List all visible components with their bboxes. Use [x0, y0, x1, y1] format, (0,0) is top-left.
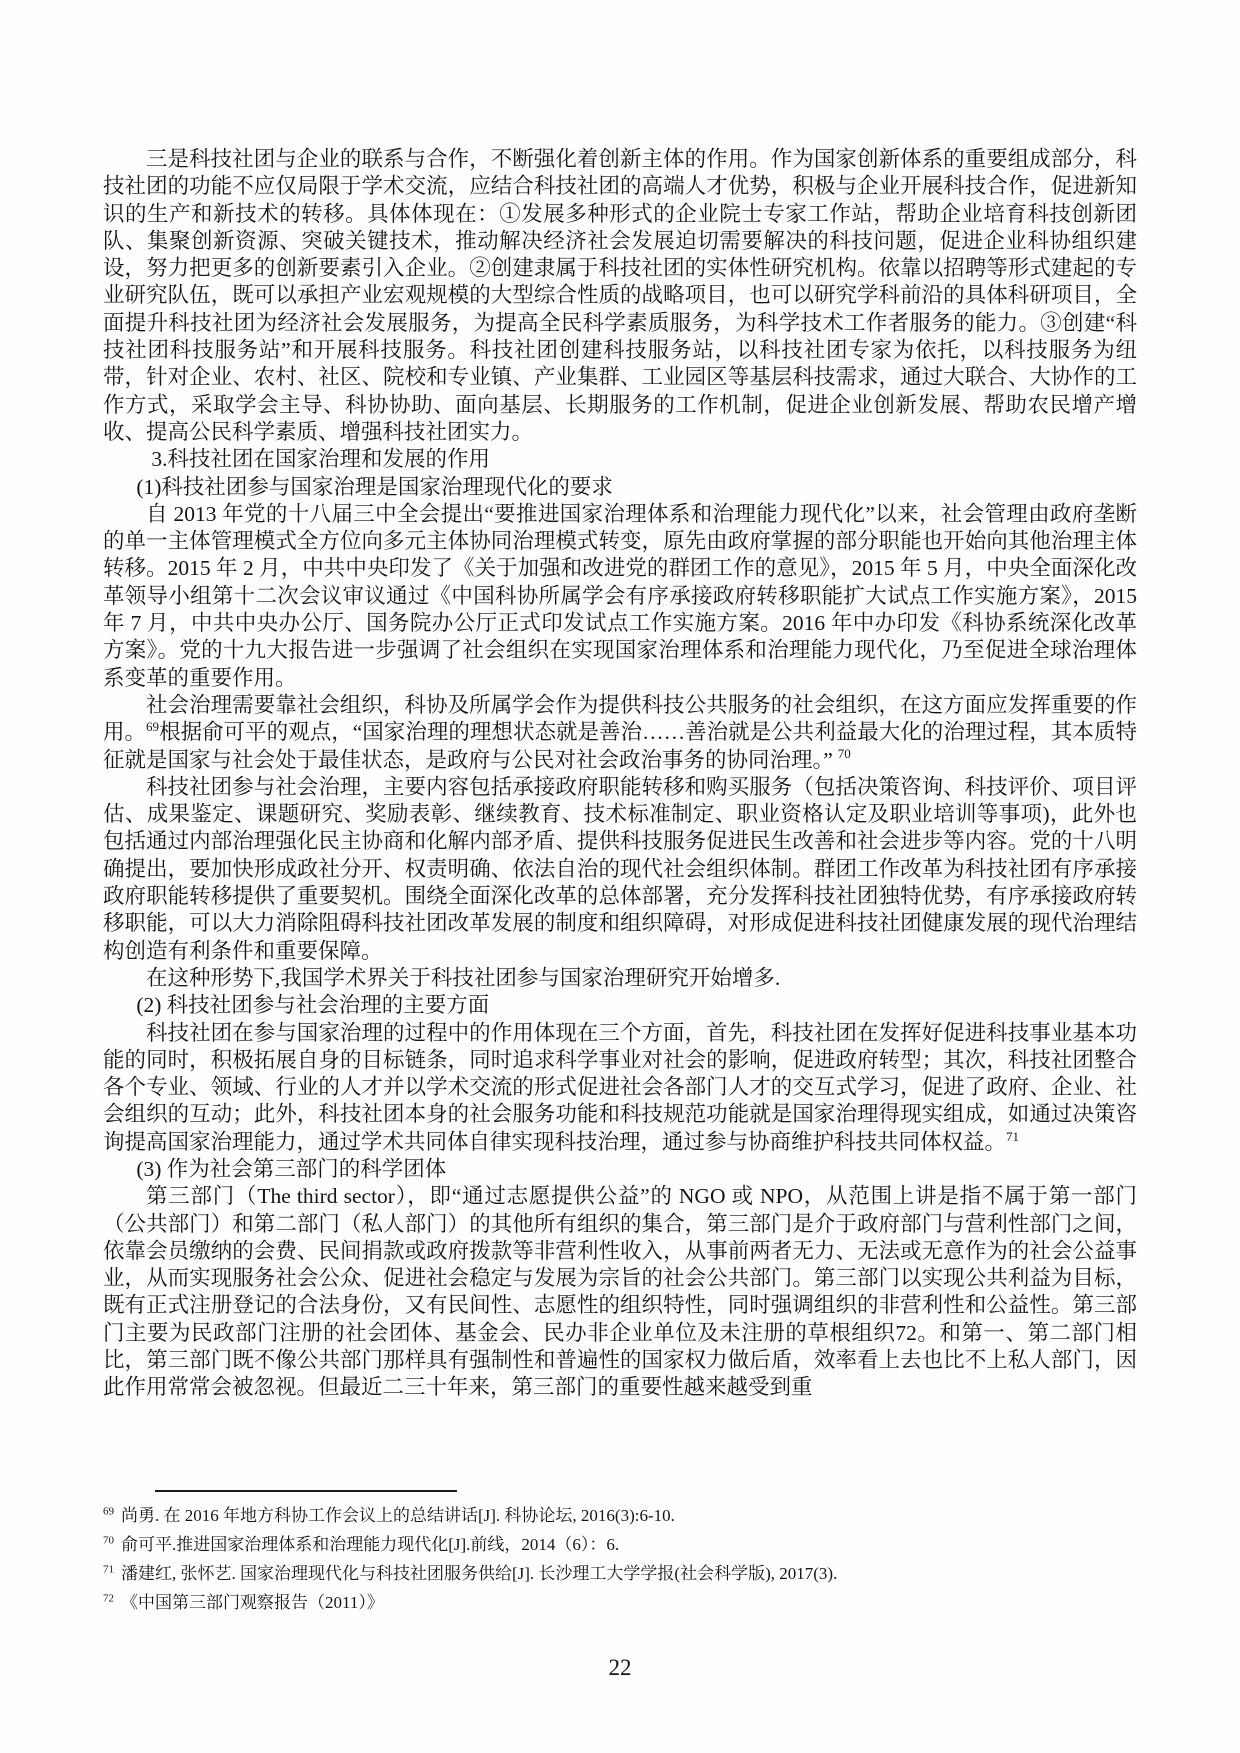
footnote-text: 潘建红, 张怀艺. 国家治理现代化与科技社团服务供给[J]. 长沙理工大学学报(…	[121, 1564, 837, 1583]
paragraph-text: 在这种形势下,我国学术界关于科技社团参与国家治理研究开始增多.	[146, 966, 780, 990]
paragraph-enterprise-cooperation: 三是科技社团与企业的联系与合作，不断强化着创新主体的作用。作为国家创新体系的重要…	[103, 146, 1137, 446]
footnote-text: 俞可平.推进国家治理体系和治理能力现代化[J].前线，2014（6）：6.	[121, 1535, 619, 1554]
footnote-text: 《中国第三部门观察报告（2011）》	[121, 1593, 384, 1612]
footnote-number: 71	[103, 1563, 114, 1575]
paragraph-text: 自 2013 年党的十八届三中全会提出“要推进国家治理体系和治理能力现代化”以来…	[103, 502, 1137, 690]
paragraph-text: 三是科技社团与企业的联系与合作，不断强化着创新主体的作用。作为国家创新体系的重要…	[103, 147, 1137, 444]
footnote-ref-71: 71	[1006, 1129, 1019, 1144]
footnote-number: 70	[103, 1534, 114, 1546]
subsection-heading-1: (1)科技社团参与国家治理是国家治理现代化的要求	[103, 474, 1137, 501]
footnote-ref-70: 70	[838, 746, 851, 761]
footnote-text: 尚勇. 在 2016 年地方科协工作会议上的总结讲话[J]. 科协论坛, 201…	[121, 1506, 675, 1525]
footnote-number: 72	[103, 1592, 114, 1604]
page-number: 22	[0, 1655, 1240, 1681]
subsection-heading-2: (2) 科技社团参与社会治理的主要方面	[103, 992, 1137, 1019]
paragraph-three-aspects: 科技社团在参与国家治理的过程中的作用体现在三个方面，首先，科技社团在发挥好促进科…	[103, 1020, 1137, 1156]
heading-text: (3) 作为社会第三部门的科学团体	[136, 1157, 446, 1181]
footnote-71: 71潘建红, 张怀艺. 国家治理现代化与科技社团服务供给[J]. 长沙理工大学学…	[103, 1559, 1137, 1588]
document-page: 三是科技社团与企业的联系与合作，不断强化着创新主体的作用。作为国家创新体系的重要…	[0, 0, 1240, 1753]
paragraph-social-governance: 社会治理需要靠社会组织，科协及所属学会作为提供科技公共服务的社会组织，在这方面应…	[103, 692, 1137, 774]
footnote-separator	[155, 1490, 457, 1492]
paragraph-third-sector: 第三部门（The third sector），即“通过志愿提供公益”的 NGO …	[103, 1183, 1137, 1401]
footnote-number: 69	[103, 1505, 114, 1517]
document-body: 三是科技社团与企业的联系与合作，不断强化着创新主体的作用。作为国家创新体系的重要…	[103, 146, 1137, 1402]
paragraph-text: 科技社团参与社会治理，主要内容包括承接政府职能转移和购买服务（包括决策咨询、科技…	[103, 775, 1137, 963]
heading-text: 3.科技社团在国家治理和发展的作用	[151, 447, 490, 471]
subsection-heading-3: (3) 作为社会第三部门的科学团体	[103, 1156, 1137, 1183]
footnote-70: 70俞可平.推进国家治理体系和治理能力现代化[J].前线，2014（6）：6.	[103, 1530, 1137, 1559]
section-heading-3: 3.科技社团在国家治理和发展的作用	[103, 446, 1137, 473]
footnotes-section: 69尚勇. 在 2016 年地方科协工作会议上的总结讲话[J]. 科协论坛, 2…	[103, 1490, 1137, 1617]
footnote-72: 72《中国第三部门观察报告（2011）》	[103, 1588, 1137, 1617]
paragraph-text: 第三部门（The third sector），即“通过志愿提供公益”的 NGO …	[103, 1184, 1137, 1399]
footnote-69: 69尚勇. 在 2016 年地方科协工作会议上的总结讲话[J]. 科协论坛, 2…	[103, 1501, 1137, 1530]
footnote-ref-69: 69	[146, 719, 159, 734]
paragraph-participation-content: 科技社团参与社会治理，主要内容包括承接政府职能转移和购买服务（包括决策咨询、科技…	[103, 774, 1137, 965]
paragraph-research-increase: 在这种形势下,我国学术界关于科技社团参与国家治理研究开始增多.	[103, 965, 1137, 992]
heading-text: (2) 科技社团参与社会治理的主要方面	[136, 993, 489, 1017]
heading-text: (1)科技社团参与国家治理是国家治理现代化的要求	[136, 475, 613, 499]
paragraph-governance-modernization: 自 2013 年党的十八届三中全会提出“要推进国家治理体系和治理能力现代化”以来…	[103, 501, 1137, 692]
paragraph-text: 科技社团在参与国家治理的过程中的作用体现在三个方面，首先，科技社团在发挥好促进科…	[103, 1021, 1137, 1154]
paragraph-text: 根据俞可平的观点，“国家治理的理想状态就是善治……善治就是公共利益最大化的治理过…	[103, 720, 1137, 771]
